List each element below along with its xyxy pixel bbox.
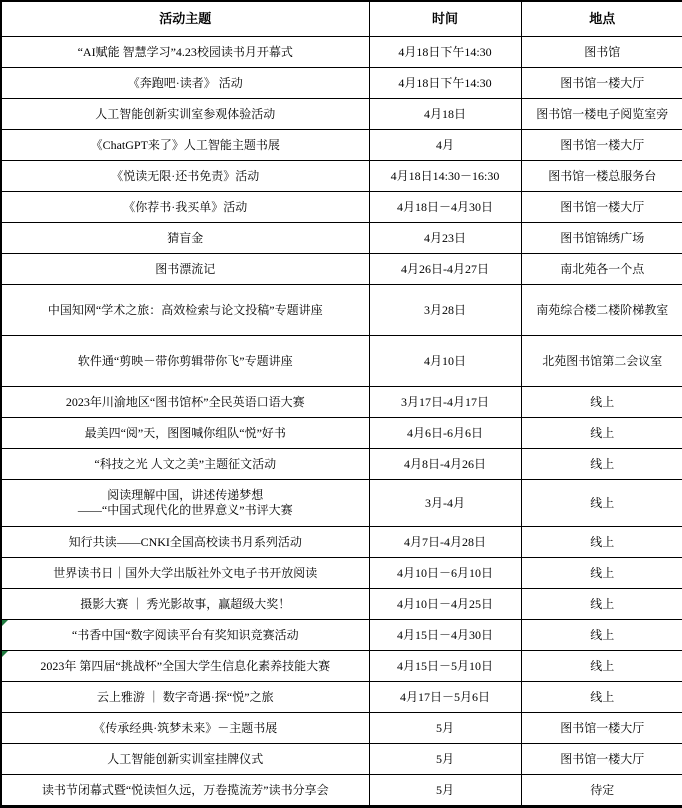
time-cell: 4月10日: [369, 336, 521, 387]
location-cell: 线上: [521, 620, 682, 651]
activity-text: 云上雅游 ｜ 数字奇遇·探“悦”之旅: [97, 690, 274, 704]
location-cell: 线上: [521, 418, 682, 449]
activity-cell: 《悦读无限·还书免责》活动: [1, 161, 369, 192]
location-cell: 图书馆锦绣广场: [521, 223, 682, 254]
location-cell: 图书馆一楼大厅: [521, 713, 682, 744]
time-cell: 4月7日-4月28日: [369, 527, 521, 558]
location-cell: 待定: [521, 775, 682, 807]
table-row: 《传承经典·筑梦未来》－主题书展5月图书馆一楼大厅: [1, 713, 682, 744]
column-header-time: 时间: [369, 1, 521, 37]
activity-cell: “AI赋能 智慧学习”4.23校园读书月开幕式: [1, 37, 369, 68]
column-header-location: 地点: [521, 1, 682, 37]
location-cell: 南苑综合楼二楼阶梯教室: [521, 285, 682, 336]
activity-cell: 世界读书日｜国外大学出版社外文电子书开放阅读: [1, 558, 369, 589]
time-cell: 3月17日-4月17日: [369, 387, 521, 418]
table-row: 人工智能创新实训室挂牌仪式5月图书馆一楼大厅: [1, 744, 682, 775]
location-cell: 线上: [521, 682, 682, 713]
location-cell: 线上: [521, 589, 682, 620]
activity-text: 《奔跑吧·读者》 活动: [128, 76, 243, 90]
location-cell: 图书馆一楼总服务台: [521, 161, 682, 192]
activity-text: 摄影大赛 ｜ 秀光影故事，赢超级大奖！: [80, 597, 290, 611]
activity-cell: 2023年 第四届“挑战杯”全国大学生信息化素养技能大赛: [1, 651, 369, 682]
table-row: 阅读理解中国，讲述传递梦想 ——“中国式现代化的世界意义”书评大赛3月-4月线上: [1, 480, 682, 527]
time-cell: 4月23日: [369, 223, 521, 254]
activity-cell: 人工智能创新实训室挂牌仪式: [1, 744, 369, 775]
activity-text: 《悦读无限·还书免责》活动: [111, 169, 259, 183]
table-row: 《悦读无限·还书免责》活动4月18日14:30－16:30图书馆一楼总服务台: [1, 161, 682, 192]
activity-text: 中国知网“学术之旅：高效检索与论文投稿”专题讲座: [48, 303, 323, 317]
table-row: 《ChatGPT来了》人工智能主题书展4月图书馆一楼大厅: [1, 130, 682, 161]
activity-cell: 《ChatGPT来了》人工智能主题书展: [1, 130, 369, 161]
time-cell: 4月10日－6月10日: [369, 558, 521, 589]
activity-text: 世界读书日｜国外大学出版社外文电子书开放阅读: [53, 566, 317, 580]
activity-text: 软件通“剪映－带你剪辑带你飞”专题讲座: [78, 354, 293, 368]
time-cell: 5月: [369, 744, 521, 775]
activity-cell: “科技之光 人文之美”主题征文活动: [1, 449, 369, 480]
table-row: 中国知网“学术之旅：高效检索与论文投稿”专题讲座3月28日南苑综合楼二楼阶梯教室: [1, 285, 682, 336]
activity-text: 阅读理解中国，讲述传递梦想 ——“中国式现代化的世界意义”书评大赛: [78, 488, 293, 517]
activity-text: 人工智能创新实训室参观体验活动: [95, 107, 275, 121]
activity-text: 读书节闭幕式暨“悦读恒久远，万卷揽流芳”读书分享会: [42, 783, 329, 797]
activity-text: 《传承经典·筑梦未来》－主题书展: [93, 721, 277, 735]
table-row: 读书节闭幕式暨“悦读恒久远，万卷揽流芳”读书分享会5月待定: [1, 775, 682, 807]
location-cell: 图书馆一楼大厅: [521, 744, 682, 775]
table-row: “书香中国“数字阅读平台有奖知识竞赛活动4月15日－4月30日线上: [1, 620, 682, 651]
location-cell: 线上: [521, 480, 682, 527]
activity-text: 《你荐书·我买单》活动: [123, 200, 247, 214]
location-cell: 图书馆一楼大厅: [521, 192, 682, 223]
table-row: 人工智能创新实训室参观体验活动4月18日图书馆一楼电子阅览室旁: [1, 99, 682, 130]
location-cell: 北苑图书馆第二会议室: [521, 336, 682, 387]
activity-text: 2023年川渝地区“图书馆杯”全民英语口语大赛: [66, 395, 305, 409]
table-row: 最美四“阅”天，图图喊你组队“悦”好书4月6日-6月6日线上: [1, 418, 682, 449]
table-row: 图书漂流记4月26日-4月27日南北苑各一个点: [1, 254, 682, 285]
table-row: 2023年 第四届“挑战杯”全国大学生信息化素养技能大赛4月15日－5月10日线…: [1, 651, 682, 682]
table-row: “科技之光 人文之美”主题征文活动4月8日-4月26日线上: [1, 449, 682, 480]
cell-error-indicator-icon: [2, 651, 8, 657]
table-body: “AI赋能 智慧学习”4.23校园读书月开幕式4月18日下午14:30图书馆《奔…: [1, 37, 682, 807]
time-cell: 4月17日－5月6日: [369, 682, 521, 713]
activity-text: 图书漂流记: [155, 262, 215, 276]
table-row: 《你荐书·我买单》活动4月18日－4月30日图书馆一楼大厅: [1, 192, 682, 223]
table-row: 摄影大赛 ｜ 秀光影故事，赢超级大奖！4月10日－4月25日线上: [1, 589, 682, 620]
header-row: 活动主题 时间 地点: [1, 1, 682, 37]
location-cell: 线上: [521, 651, 682, 682]
time-cell: 4月26日-4月27日: [369, 254, 521, 285]
location-cell: 线上: [521, 558, 682, 589]
activity-text: “AI赋能 智慧学习”4.23校园读书月开幕式: [78, 45, 293, 59]
location-cell: 线上: [521, 387, 682, 418]
activity-text: “书香中国“数字阅读平台有奖知识竞赛活动: [72, 628, 299, 642]
table-row: 《奔跑吧·读者》 活动4月18日下午14:30图书馆一楼大厅: [1, 68, 682, 99]
activity-cell: 图书漂流记: [1, 254, 369, 285]
activity-cell: 云上雅游 ｜ 数字奇遇·探“悦”之旅: [1, 682, 369, 713]
activity-cell: 阅读理解中国，讲述传递梦想 ——“中国式现代化的世界意义”书评大赛: [1, 480, 369, 527]
table-row: “AI赋能 智慧学习”4.23校园读书月开幕式4月18日下午14:30图书馆: [1, 37, 682, 68]
location-cell: 线上: [521, 527, 682, 558]
time-cell: 4月15日－4月30日: [369, 620, 521, 651]
activity-cell: 软件通“剪映－带你剪辑带你飞”专题讲座: [1, 336, 369, 387]
activity-cell: 2023年川渝地区“图书馆杯”全民英语口语大赛: [1, 387, 369, 418]
activity-text: 知行共读——CNKI全国高校读书月系列活动: [69, 535, 302, 549]
activity-cell: 人工智能创新实训室参观体验活动: [1, 99, 369, 130]
time-cell: 5月: [369, 775, 521, 807]
activity-cell: 知行共读——CNKI全国高校读书月系列活动: [1, 527, 369, 558]
activity-cell: 《奔跑吧·读者》 活动: [1, 68, 369, 99]
activity-cell: 《传承经典·筑梦未来》－主题书展: [1, 713, 369, 744]
time-cell: 4月18日14:30－16:30: [369, 161, 521, 192]
activity-cell: 最美四“阅”天，图图喊你组队“悦”好书: [1, 418, 369, 449]
time-cell: 3月28日: [369, 285, 521, 336]
time-cell: 4月15日－5月10日: [369, 651, 521, 682]
time-cell: 4月18日－4月30日: [369, 192, 521, 223]
activity-text: 猜盲金: [167, 231, 203, 245]
table-row: 猜盲金4月23日图书馆锦绣广场: [1, 223, 682, 254]
table-row: 软件通“剪映－带你剪辑带你飞”专题讲座4月10日北苑图书馆第二会议室: [1, 336, 682, 387]
table-row: 世界读书日｜国外大学出版社外文电子书开放阅读4月10日－6月10日线上: [1, 558, 682, 589]
table-header: 活动主题 时间 地点: [1, 1, 682, 37]
location-cell: 南北苑各一个点: [521, 254, 682, 285]
activity-schedule-table: 活动主题 时间 地点 “AI赋能 智慧学习”4.23校园读书月开幕式4月18日下…: [0, 0, 682, 808]
activity-text: 2023年 第四届“挑战杯”全国大学生信息化素养技能大赛: [40, 659, 330, 673]
table-row: 知行共读——CNKI全国高校读书月系列活动4月7日-4月28日线上: [1, 527, 682, 558]
activity-cell: 猜盲金: [1, 223, 369, 254]
time-cell: 4月6日-6月6日: [369, 418, 521, 449]
activity-cell: 《你荐书·我买单》活动: [1, 192, 369, 223]
activity-cell: 中国知网“学术之旅：高效检索与论文投稿”专题讲座: [1, 285, 369, 336]
time-cell: 5月: [369, 713, 521, 744]
location-cell: 线上: [521, 449, 682, 480]
activity-text: 人工智能创新实训室挂牌仪式: [107, 752, 263, 766]
activity-text: 《ChatGPT来了》人工智能主题书展: [91, 138, 280, 152]
time-cell: 4月18日: [369, 99, 521, 130]
location-cell: 图书馆一楼电子阅览室旁: [521, 99, 682, 130]
time-cell: 4月8日-4月26日: [369, 449, 521, 480]
time-cell: 4月: [369, 130, 521, 161]
activity-text: “科技之光 人文之美”主题征文活动: [94, 457, 276, 471]
activity-cell: 读书节闭幕式暨“悦读恒久远，万卷揽流芳”读书分享会: [1, 775, 369, 807]
time-cell: 4月10日－4月25日: [369, 589, 521, 620]
time-cell: 4月18日下午14:30: [369, 68, 521, 99]
table-row: 云上雅游 ｜ 数字奇遇·探“悦”之旅4月17日－5月6日线上: [1, 682, 682, 713]
location-cell: 图书馆一楼大厅: [521, 68, 682, 99]
cell-error-indicator-icon: [2, 620, 8, 626]
location-cell: 图书馆一楼大厅: [521, 130, 682, 161]
location-cell: 图书馆: [521, 37, 682, 68]
activity-cell: “书香中国“数字阅读平台有奖知识竞赛活动: [1, 620, 369, 651]
activity-text: 最美四“阅”天，图图喊你组队“悦”好书: [85, 426, 286, 440]
activity-cell: 摄影大赛 ｜ 秀光影故事，赢超级大奖！: [1, 589, 369, 620]
column-header-activity: 活动主题: [1, 1, 369, 37]
table-row: 2023年川渝地区“图书馆杯”全民英语口语大赛3月17日-4月17日线上: [1, 387, 682, 418]
time-cell: 3月-4月: [369, 480, 521, 527]
time-cell: 4月18日下午14:30: [369, 37, 521, 68]
